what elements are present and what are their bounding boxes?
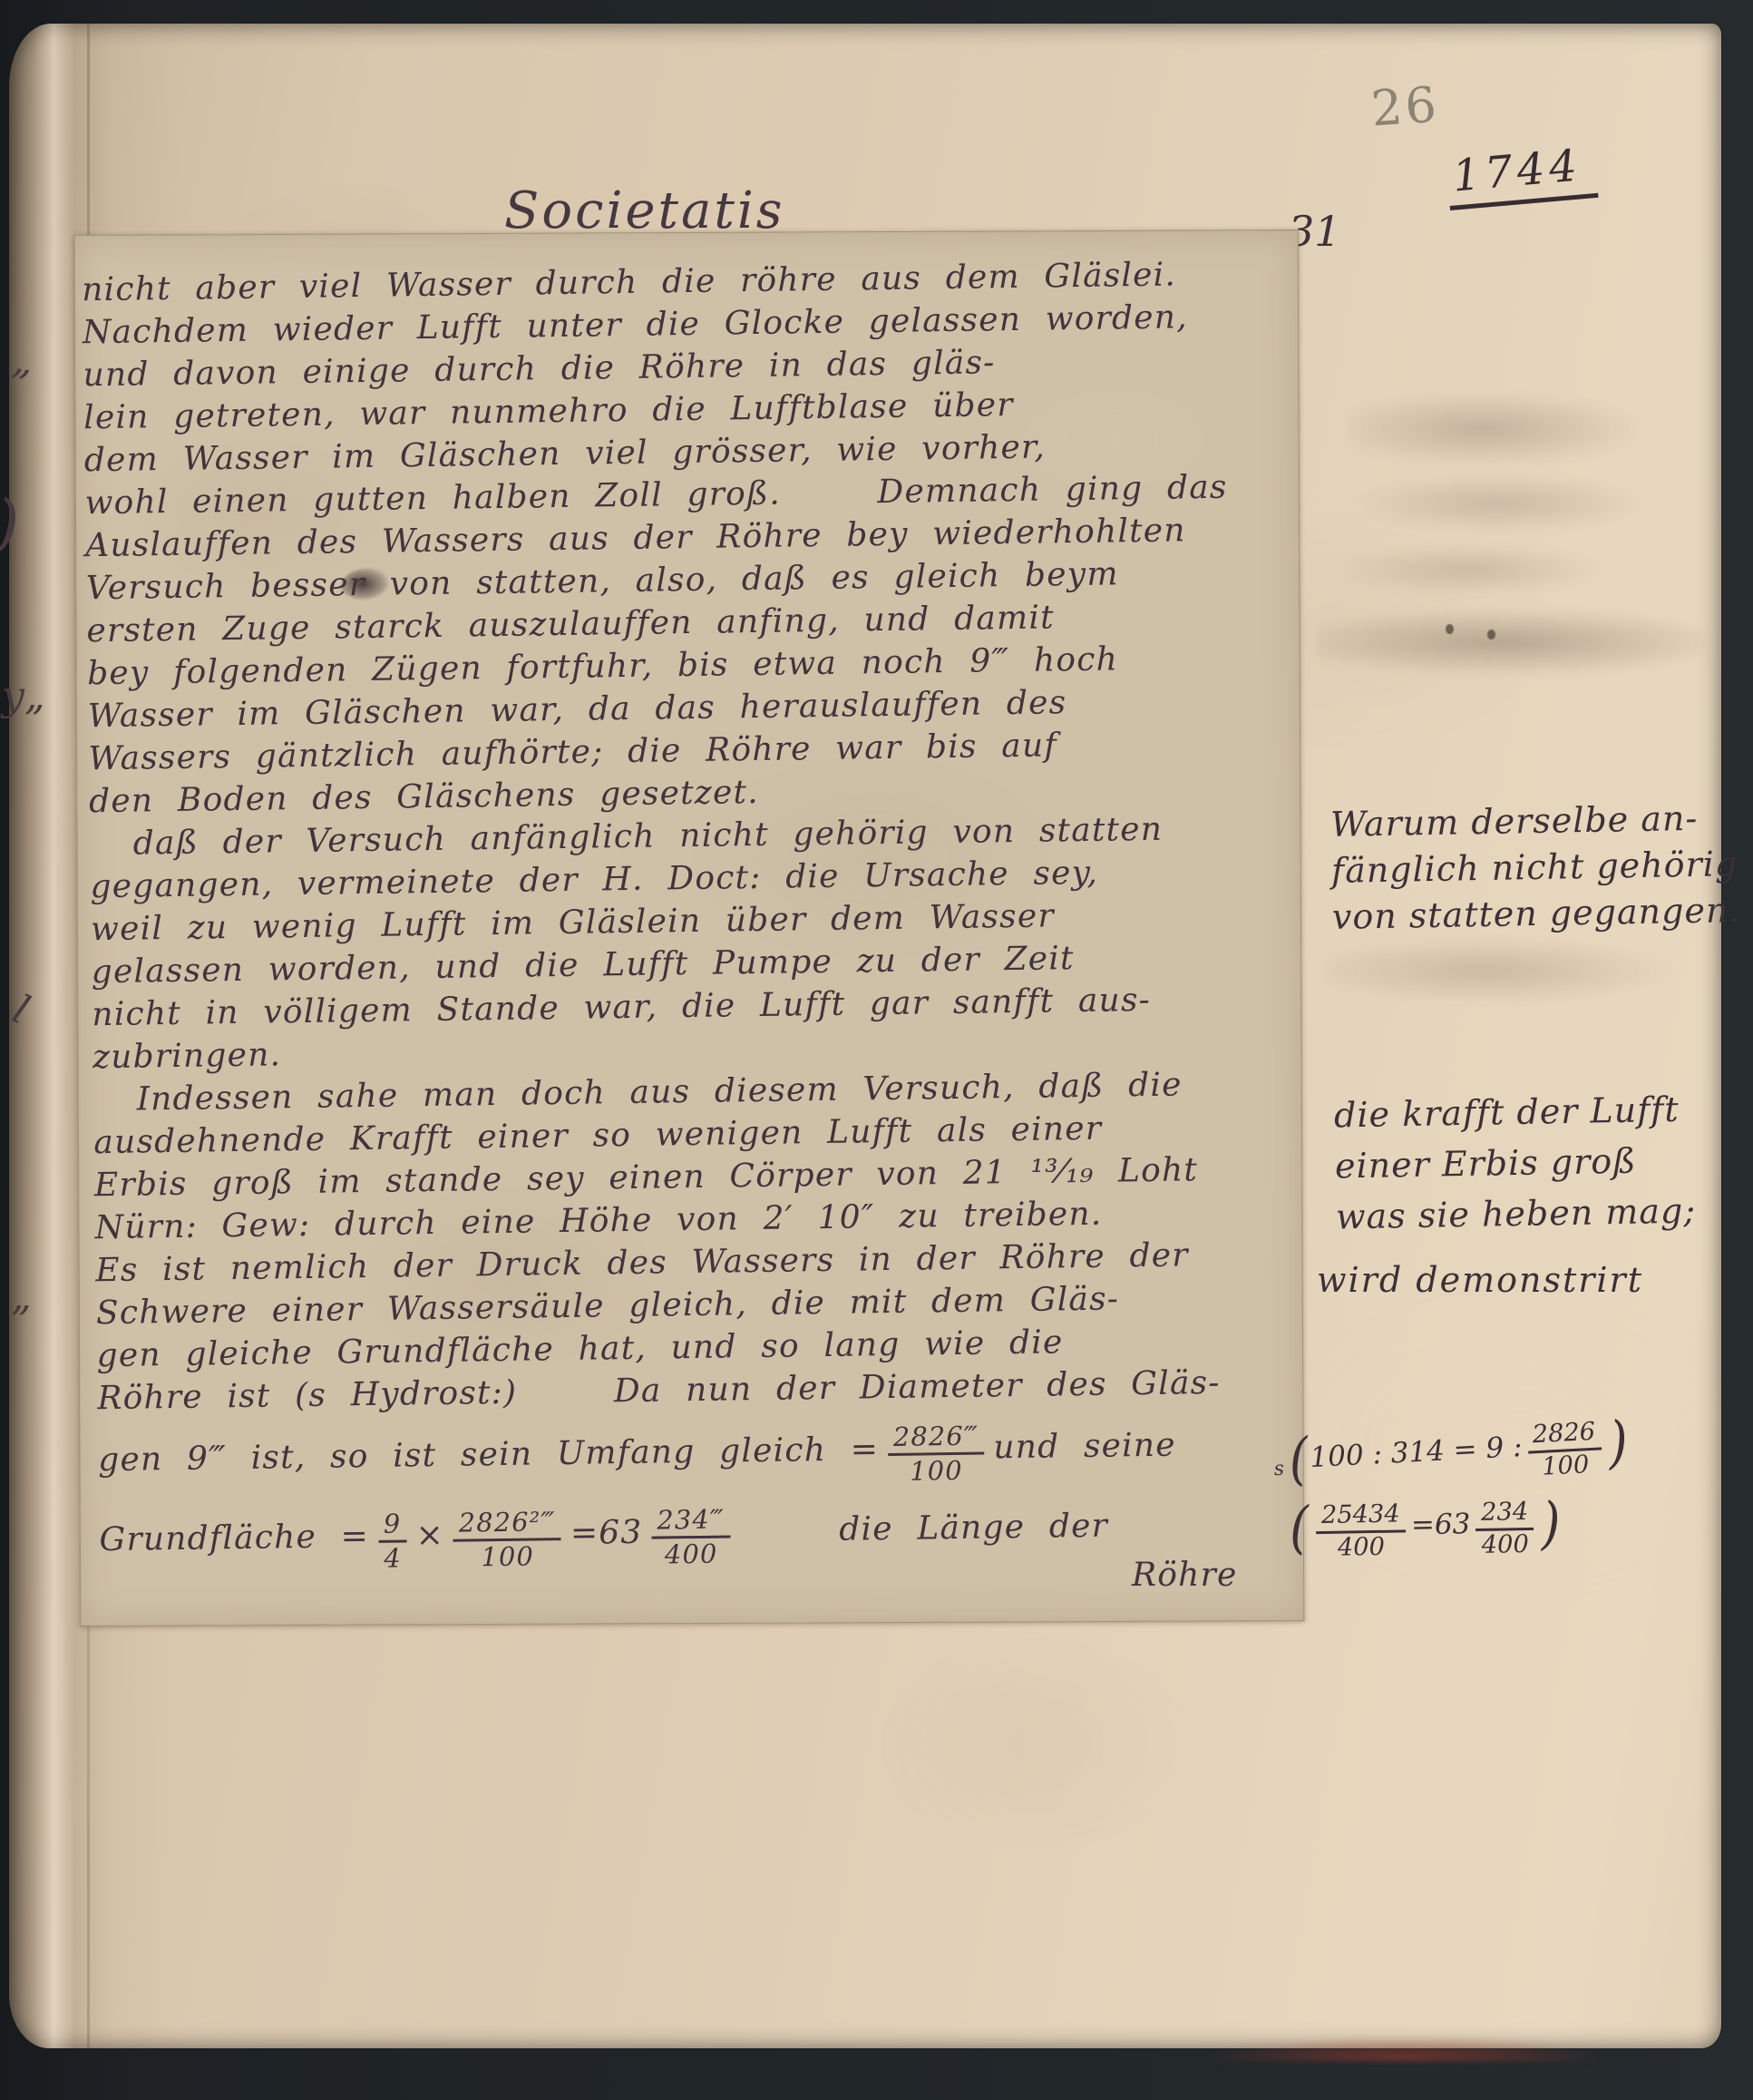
formula-lead-mark: s: [1273, 1457, 1284, 1480]
margin-note-line: fänglich nicht gehörig: [1331, 841, 1740, 894]
whole-number: 63: [1435, 1508, 1471, 1541]
margin-note-why-failed: Warum derselbe an- fänglich nicht gehöri…: [1330, 795, 1741, 941]
close-paren: ): [1541, 1490, 1561, 1556]
manuscript-body-text: nicht aber viel Wasser durch die röhre a…: [82, 252, 1302, 1579]
whole-number: 63: [599, 1510, 643, 1554]
multiplication-sign: ×: [415, 1513, 444, 1556]
pencil-folio-number: 26: [1369, 75, 1441, 137]
margin-note-line: was sie heben mag;: [1336, 1186, 1697, 1243]
fraction-234-400: 234‴ 400: [651, 1505, 731, 1569]
manuscript-line-formula: Grundfläche = 9 4 × 2826²‴ 100 = 63 234‴…: [99, 1483, 1302, 1580]
manuscript-line-continuation: Röhre: [1132, 1557, 1237, 1594]
fraction-2826-100: 2826 100: [1526, 1418, 1603, 1481]
formula-text: Grundfläche =: [99, 1515, 369, 1561]
ink-speck: [1487, 630, 1495, 640]
gutter-ink-mark: „: [11, 1274, 32, 1320]
ink-speck: [1446, 624, 1454, 634]
formula-text: gen 9‴ ist, so ist sein Umfang gleich =: [98, 1428, 879, 1481]
fraction-2826-100: 2826‴ 100: [888, 1421, 985, 1486]
gutter-ink-mark: ): [0, 486, 19, 561]
formula-text: die Länge der: [839, 1504, 1108, 1550]
year-annotation: 1744: [1447, 145, 1596, 204]
margin-note-demonstrated: wird demonstrirt: [1317, 1257, 1643, 1304]
pasted-manuscript-sheet: nicht aber viel Wasser durch die röhre a…: [74, 230, 1305, 1626]
margin-note-air-force: die krafft der Lufft einer Erbis groß wa…: [1334, 1084, 1697, 1243]
margin-formula-result: ( 25434 400 = 63 234 400 ): [1287, 1492, 1563, 1557]
open-paren: (: [1289, 1494, 1309, 1560]
margin-note-line: die krafft der Lufft: [1334, 1084, 1695, 1141]
open-paren: (: [1287, 1425, 1310, 1491]
fraction-2826sq-100: 2826²‴ 100: [453, 1507, 561, 1571]
margin-note-line: von statten gegangen.: [1331, 887, 1740, 941]
manuscript-scan-page: 26 1744 Societatis 31 „ ) y„ l „ nicht a…: [0, 0, 1753, 2100]
equals-sign: =: [1411, 1509, 1436, 1541]
margin-note-line: Warum derselbe an-: [1330, 795, 1739, 848]
year-text: 1744: [1445, 139, 1598, 210]
gutter-ink-mark: y„: [2, 673, 45, 719]
close-paren: ): [1607, 1409, 1630, 1475]
margin-note-line: einer Erbis groß: [1335, 1135, 1696, 1192]
fraction-25434-400: 25434 400: [1316, 1500, 1407, 1562]
equals-sign: =: [570, 1511, 599, 1554]
fraction-234-400: 234 400: [1475, 1499, 1534, 1559]
formula-text: 100 : 314 = 9 :: [1310, 1431, 1524, 1474]
fraction-9-4: 9 4: [378, 1509, 407, 1573]
formula-text: und seine: [993, 1423, 1176, 1469]
